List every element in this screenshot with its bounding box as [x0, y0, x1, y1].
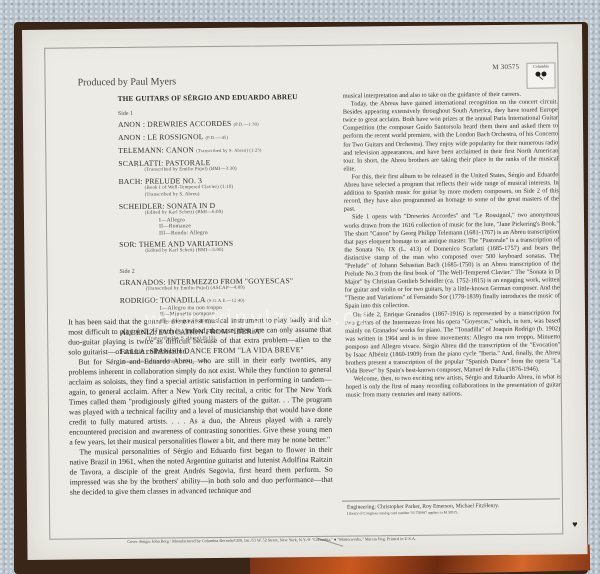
liner-notes-right-column: musical interpretation and also to take …	[343, 90, 561, 400]
liner-paragraph: The musical personalities of Sérgio and …	[69, 445, 333, 498]
liner-paragraph: But for Sérgio and Eduardo Abreu, who ar…	[68, 355, 332, 448]
side-1-label: Side 1	[118, 109, 324, 117]
credits-divider	[342, 498, 560, 501]
credits-block: Engineering: Christopher Parker, Roy Eme…	[347, 502, 567, 515]
heart-icon: ♥	[572, 519, 577, 529]
album-back-cover: Produced by Paul Myers M 30575 Columbia …	[22, 24, 588, 560]
track-item: ANON : LE ROSSIGNOL (P.D.—:45)	[118, 131, 324, 143]
liner-paragraph: For this, their first album to be releas…	[344, 171, 559, 214]
track-item: SOR: THEME AND VARIATIONS (Edited by Kar…	[119, 238, 325, 256]
track-item: SCARLATTI: PASTORALE (Transcribed by Emi…	[118, 157, 324, 175]
label-name: Columbia	[527, 63, 554, 68]
watermark: www.vinylzeus.cz	[145, 303, 372, 332]
walking-eye-icon	[527, 71, 554, 76]
liner-paragraph: Welcome, then, to two exciting new artis…	[346, 374, 561, 401]
liner-paragraph: Side 1 opens with "Drewries Accordes" an…	[344, 212, 560, 311]
liner-paragraph: On Side 2, Enrique Granados (1867-1916) …	[345, 309, 561, 376]
track-item: ANON : DREWRIES ACCORDES (P.D.—1:30)	[118, 118, 324, 130]
track-item: TELEMANN: CANON (Transcribed by S. Abreu…	[118, 144, 324, 156]
track-item: GRANADOS: INTERMEZZO FROM "GOYESCAS" (Tr…	[120, 275, 326, 293]
catalog-number: M 30575	[492, 63, 519, 71]
printed-border: Produced by Paul Myers M 30575 Columbia …	[44, 42, 563, 539]
columbia-logo-icon: Columbia	[526, 62, 555, 88]
liner-notes-left-column: It has been said that the guitar is the …	[68, 315, 333, 498]
track-item: BACH: PRELUDE NO. 3 (Book I of Well-Temp…	[119, 175, 325, 199]
track-item: SCHEIDLER: SONATA IN D (Edited by Karl S…	[119, 200, 325, 237]
liner-paragraph: Today, the Abreus have gained internatio…	[343, 98, 559, 173]
album-title: THE GUITARS OF SÉRGIO AND EDUARDO ABREU	[118, 93, 324, 103]
producer-credit: Produced by Paul Myers	[77, 76, 176, 88]
side-2-label: Side 2	[120, 266, 326, 274]
